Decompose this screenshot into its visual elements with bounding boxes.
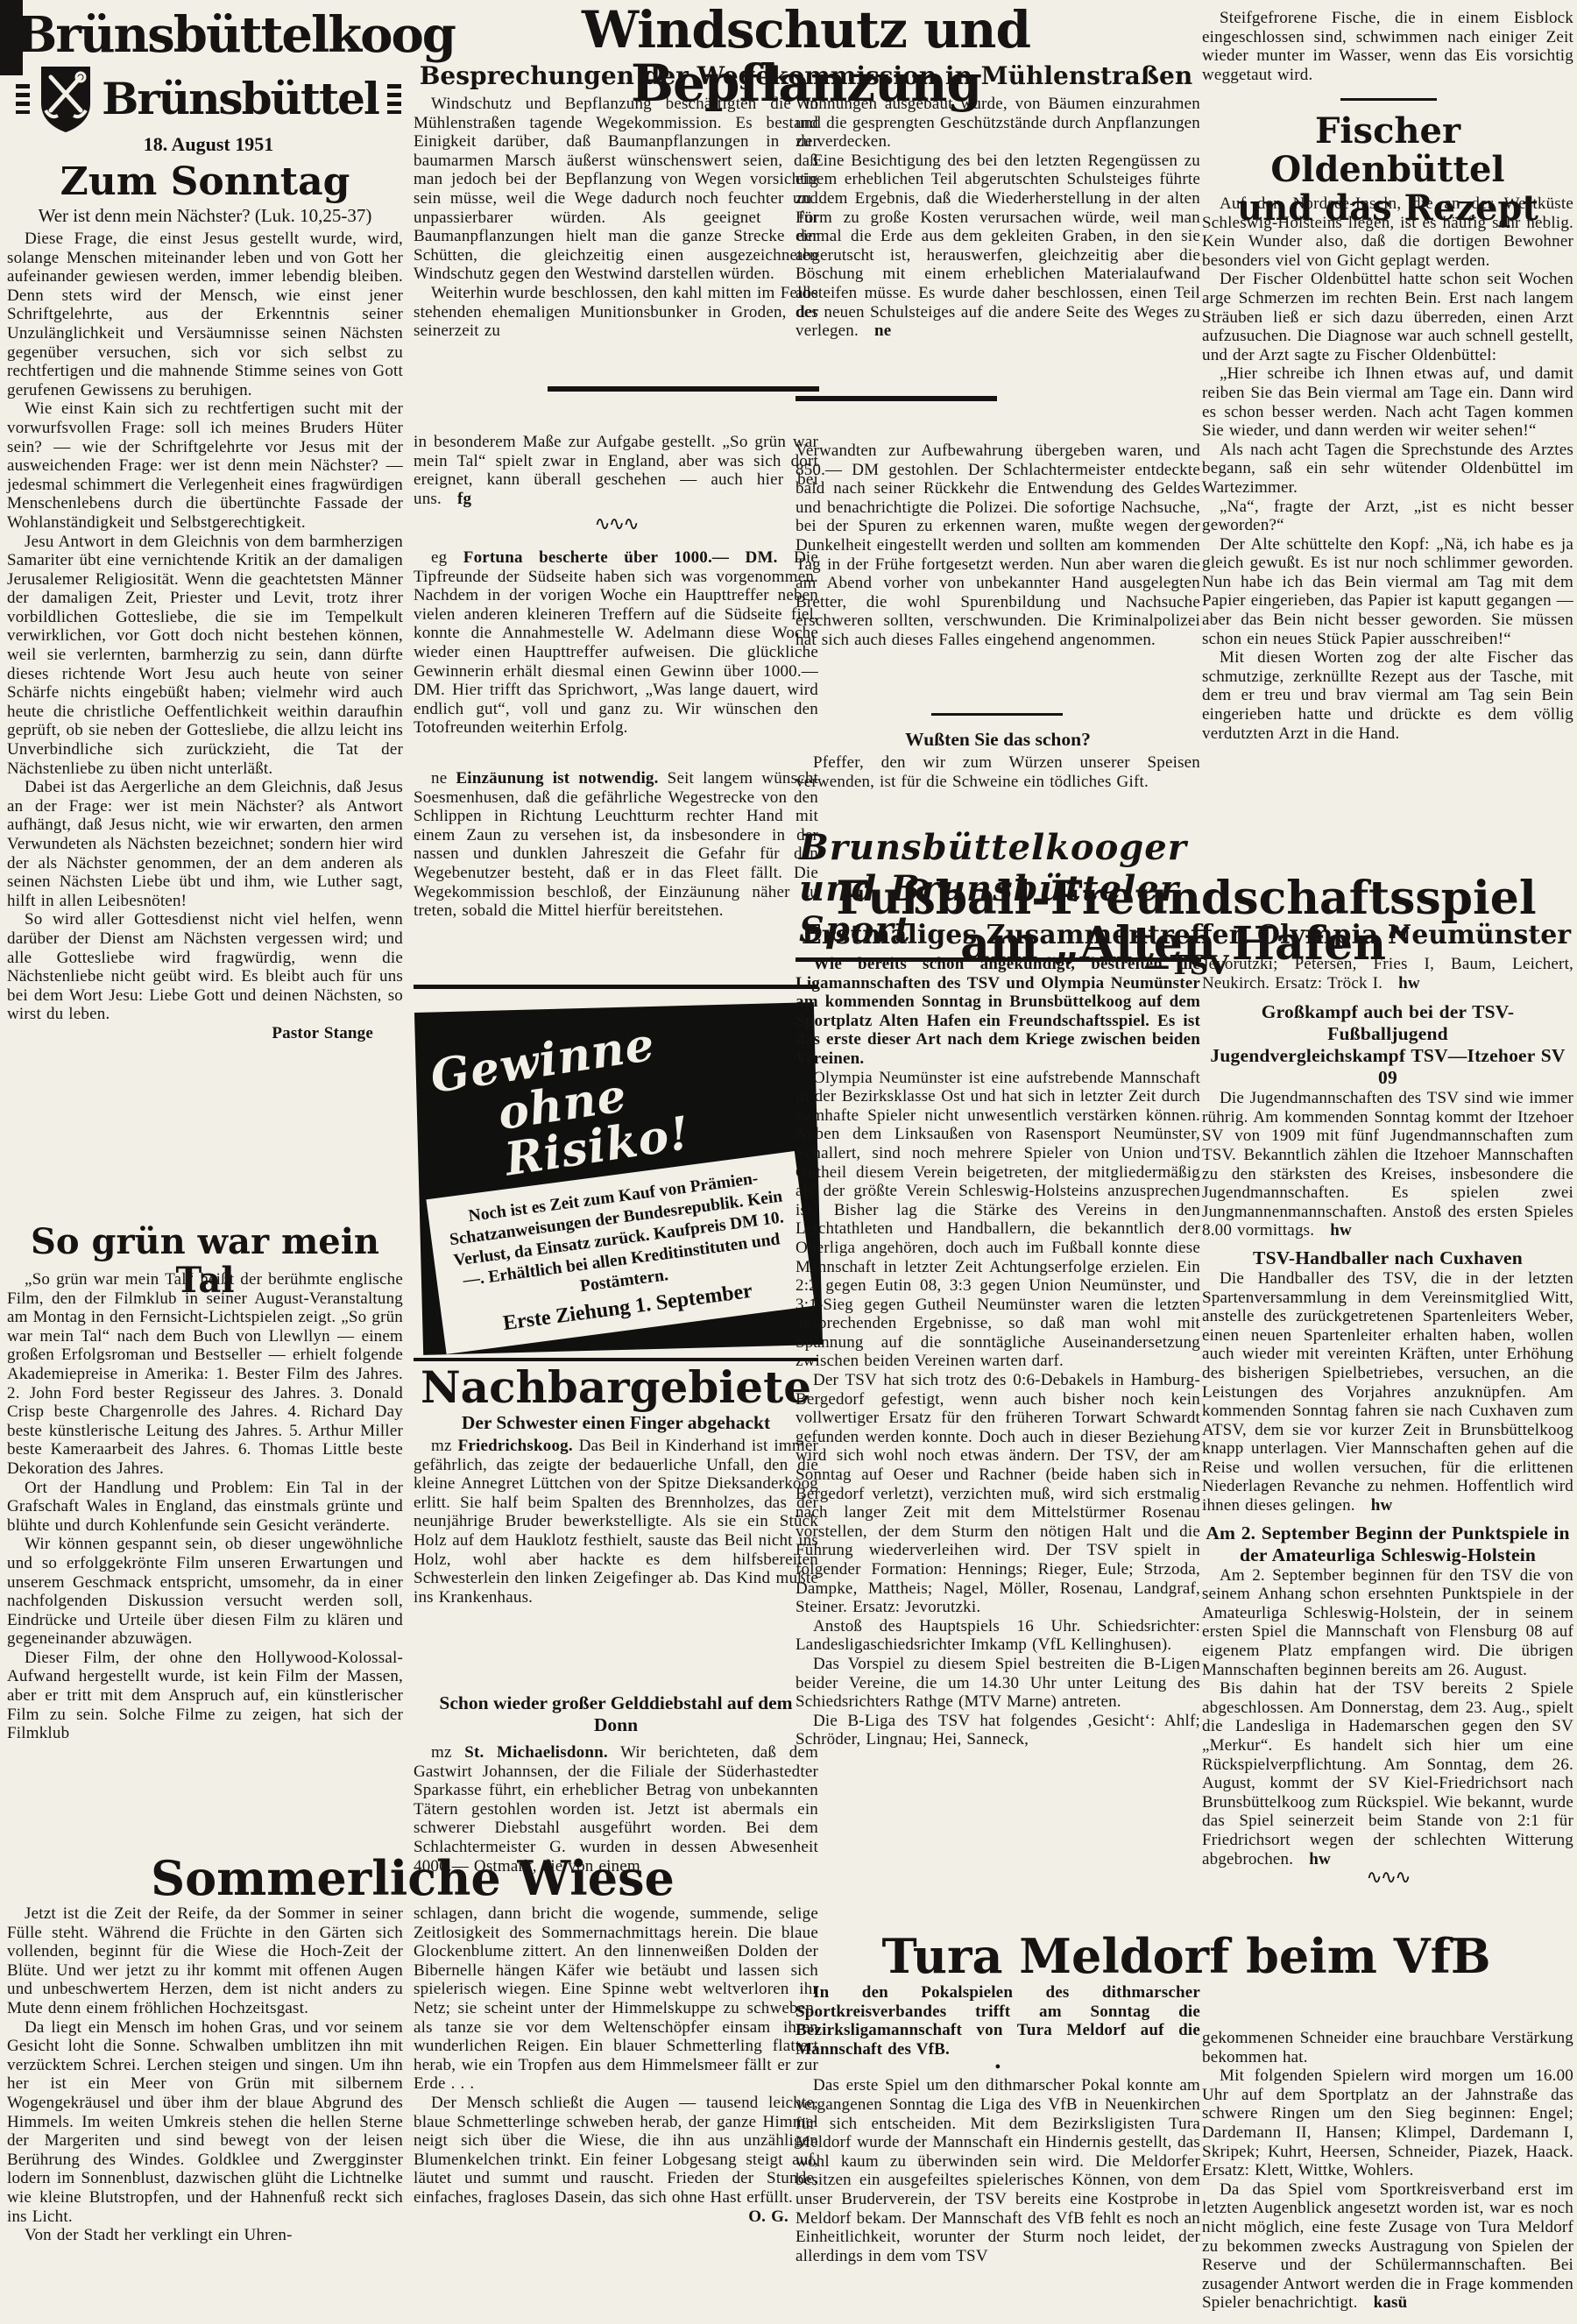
fussball-body-col-a: Wie bereits schon angekündigt, bestreite… <box>796 955 1200 1749</box>
wussten-headline: Wußten Sie das schon? <box>796 729 1200 751</box>
correspondent-prefix: mz <box>431 1437 452 1455</box>
bullet-divider: • <box>796 2059 1200 2076</box>
paragraph-text: Eine Besichtigung des bei den letzten Re… <box>796 152 1200 340</box>
correspondent-initials: hw <box>1309 1850 1331 1868</box>
paragraph: in besonderem Maße zur Aufgabe gestellt.… <box>414 433 818 508</box>
film-article-continuation: in besonderem Maße zur Aufgabe gestellt.… <box>414 433 818 508</box>
jugend-subhead: Großkampf auch bei der TSV-Fußballjugend… <box>1202 1001 1573 1089</box>
windschutz-body-col-a: Windschutz und Bepflanzung beschäftigten… <box>414 95 818 341</box>
correspondent-prefix: ne <box>431 769 447 788</box>
paragraph: Mit folgenden Spielern wird morgen um 16… <box>1202 2066 1573 2180</box>
premium-bonds-advertisement: Gewinne ohne Risiko! Noch ist es Zeit zu… <box>414 1002 823 1355</box>
paragraph: eg Fortuna bescherte über 1000.— DM. Die… <box>414 548 818 738</box>
paragraph-text: Das Beil in Kinderhand ist immer gefährl… <box>414 1437 818 1607</box>
paragraph: Dieser Film, der ohne den Hollywood-Kolo… <box>7 1649 403 1743</box>
section-rule <box>414 985 818 989</box>
paragraph: Wir können gespannt sein, ob dieser unge… <box>7 1535 403 1649</box>
paragraph: gekommenen Schneider eine brauchbare Ver… <box>1202 2029 1573 2066</box>
einzaeunung-note: ne Einzäunung ist notwendig. Seit langem… <box>414 769 818 921</box>
correspondent-initials: ne <box>874 321 891 340</box>
paragraph: Von der Stadt her verklingt ein Uhren- <box>7 2226 403 2245</box>
tura-body-col-b: gekommenen Schneider eine brauchbare Ver… <box>1202 2029 1573 2313</box>
paragraph: Wohnungen ausgebaut wurde, von Bäumen ei… <box>796 95 1200 152</box>
paragraph: Verwandten zur Aufbewahrung übergeben wa… <box>796 441 1200 650</box>
paragraph: Eine Besichtigung des bei den letzten Re… <box>796 152 1200 341</box>
paragraph: Da liegt ein Mensch im hohen Gras, und v… <box>7 2018 403 2227</box>
paragraph: Das Vorspiel zu diesem Spiel bestreiten … <box>796 1655 1200 1712</box>
paragraph: Weiterhin wurde beschlossen, den kahl mi… <box>414 284 818 341</box>
paragraph: Pfeffer, den wir zum Würzen unserer Spei… <box>796 753 1200 791</box>
lead-paragraph: In den Pokalspielen des dithmarscher Spo… <box>796 1983 1200 2059</box>
paragraph: Ort der Handlung und Problem: Ein Tal in… <box>7 1479 403 1536</box>
correspondent-initials: kasü <box>1374 2293 1408 2312</box>
paragraph: Jevorutzki; Petersen, Fries I, Baum, Lei… <box>1202 955 1573 992</box>
paragraph-text: Jevorutzki; Petersen, Fries I, Baum, Lei… <box>1202 955 1573 992</box>
paragraph-text: Bis dahin hat der TSV bereits 2 Spiele a… <box>1202 1679 1573 1868</box>
correspondent-prefix: eg <box>431 548 447 567</box>
paragraph-text: Die Jugendmannschaften des TSV sind wie … <box>1202 1089 1573 1240</box>
paragraph-text: in besonderem Maße zur Aufgabe gestellt.… <box>414 433 818 508</box>
paragraph: Der Alte schüttelte den Kopf: „Nä, ich h… <box>1202 535 1573 649</box>
paragraph: Der TSV hat sich trotz des 0:6-Debakels … <box>796 1371 1200 1617</box>
correspondent-prefix: mz <box>431 1743 452 1762</box>
note-lead-bold: Einzäunung ist notwendig. <box>456 769 658 788</box>
paragraph-text: Wir berichteten, daß dem Gastwirt Johann… <box>414 1743 818 1875</box>
paragraph: Das erste Spiel um den dithmarscher Poka… <box>796 2076 1200 2265</box>
paragraph: Mit diesen Worten zog der alte Fischer d… <box>1202 648 1573 743</box>
dateline-bold: St. Michaelisdonn. <box>464 1743 608 1762</box>
paragraph: Als nach acht Tagen die Sprechstunde des… <box>1202 441 1573 498</box>
subhead-line1: Am 2. September Beginn der Punktspiele i… <box>1202 1522 1573 1544</box>
newspaper-page: Brünsbüttelkoog Brünsbüttel 18. August 1… <box>0 0 1577 2324</box>
tura-headline: Tura Meldorf beim VfB <box>796 1932 1577 1980</box>
author-byline: Pastor Stange <box>7 1024 403 1043</box>
paragraph: Diese Frage, die einst Jesus gestellt wu… <box>7 230 403 399</box>
paragraph: Steifgefrorene Fische, die in einem Eisb… <box>1202 9 1573 84</box>
rezept-body: Auf den Nordsee-Inseln, die an der Westk… <box>1202 194 1573 743</box>
paragraph: mz St. Michaelisdonn. Wir berichteten, d… <box>414 1743 818 1875</box>
sommer-body-col-a: Jetzt ist die Zeit der Reife, da der Som… <box>7 1904 403 2245</box>
theft-story-subhead: Schon wieder großer Gelddiebstahl auf de… <box>414 1692 818 1736</box>
paragraph: „So grün war mein Tal“ heißt der berühmt… <box>7 1270 403 1479</box>
correspondent-initials: fg <box>457 490 471 508</box>
correspondent-initials: hw <box>1371 1496 1393 1515</box>
note-lead-bold: Fortuna bescherte über 1000.— DM. <box>463 548 778 567</box>
subhead-line1: Großkampf auch bei der TSV-Fußballjugend <box>1202 1001 1573 1045</box>
short-rule <box>1340 98 1437 101</box>
fische-note: Steifgefrorene Fische, die in einem Eisb… <box>1202 9 1573 84</box>
handball-subhead: TSV-Handballer nach Cuxhaven <box>1202 1247 1573 1269</box>
paragraph: Die Jugendmannschaften des TSV sind wie … <box>1202 1089 1573 1240</box>
paragraph: „Na“, fragte der Arzt, „ist es nicht bes… <box>1202 498 1573 535</box>
paragraph: Windschutz und Bepflanzung beschäftigten… <box>414 95 818 284</box>
finger-story-body: mz Friedrichskoog. Das Beil in Kinderhan… <box>414 1437 818 1607</box>
tura-body-col-a: In den Pokalspielen des dithmarscher Spo… <box>796 1983 1200 2265</box>
subhead-line2: der Amateurliga Schleswig-Holstein <box>1202 1544 1573 1566</box>
windschutz-body-col-b: Wohnungen ausgebaut wurde, von Bäumen ei… <box>796 95 1200 341</box>
paragraph-text: Da das Spiel vom Sportkreisverband erst … <box>1202 2180 1573 2313</box>
paragraph: Olympia Neumünster ist eine aufstrebende… <box>796 1069 1200 1372</box>
correspondent-initials: hw <box>1330 1221 1352 1240</box>
zum-sonntag-subtitle: Wer ist denn mein Nächster? (Luk. 10,25-… <box>7 205 403 227</box>
paragraph: ne Einzäunung ist notwendig. Seit langem… <box>414 769 818 921</box>
windschutz-subhead: Besprechungen der Wegekommission in Mühl… <box>412 61 1200 90</box>
zum-sonntag-body: Diese Frage, die einst Jesus gestellt wu… <box>7 230 403 1043</box>
paragraph: Der Fischer Oldenbüttel hatte schon seit… <box>1202 270 1573 364</box>
paragraph: Jetzt ist die Zeit der Reife, da der Som… <box>7 1904 403 2018</box>
masthead-flourish-left <box>16 84 30 114</box>
issue-date: 18. August 1951 <box>16 133 401 156</box>
paragraph-text: Seit langem wünscht Soesmenhusen, daß di… <box>414 769 818 920</box>
paragraph-text: Die Tipfreunde der Südseite haben sich w… <box>414 548 818 737</box>
paragraph: schlagen, dann bricht die wogende, summe… <box>414 1904 818 2094</box>
paragraph: Die Handballer des TSV, die in der letzt… <box>1202 1269 1573 1515</box>
lead-paragraph: Wie bereits schon angekündigt, bestreite… <box>796 955 1200 1069</box>
wussten-body: Pfeffer, den wir zum Würzen unserer Spei… <box>796 753 1200 791</box>
punktspiele-subhead: Am 2. September Beginn der Punktspiele i… <box>1202 1522 1573 1566</box>
paragraph: So wird aller Gottesdienst nicht viel he… <box>7 910 403 1024</box>
finger-story-subhead: Der Schwester einen Finger abgehackt <box>414 1412 818 1434</box>
correspondent-initials: hw <box>1398 974 1420 992</box>
dateline-bold: Friedrichskoog. <box>458 1437 573 1455</box>
theft-story-body-col-a: mz St. Michaelisdonn. Wir berichteten, d… <box>414 1743 818 1875</box>
headline-line1: Fischer Oldenbüttel <box>1202 112 1573 189</box>
masthead-title-line1: Brünsbüttelkoog <box>16 11 401 60</box>
paragraph: Der Mensch schließt die Augen — tausend … <box>414 2094 818 2207</box>
subhead-line2: Donn <box>414 1714 818 1736</box>
paragraph: Am 2. September beginnen für den TSV die… <box>1202 1566 1573 1680</box>
subhead-line2: Jugendvergleichskampf TSV—Itzehoer SV 09 <box>1202 1045 1573 1089</box>
nachbargebiete-headline: Nachbargebiete <box>414 1365 818 1411</box>
section-rule <box>548 386 819 392</box>
paragraph: Bis dahin hat der TSV bereits 2 Spiele a… <box>1202 1679 1573 1868</box>
paragraph: Da das Spiel vom Sportkreisverband erst … <box>1202 2180 1573 2313</box>
paragraph: „Hier schreibe ich Ihnen etwas auf, und … <box>1202 364 1573 440</box>
sommer-body-col-b: schlagen, dann bricht die wogende, summe… <box>414 1904 818 2226</box>
section-divider-squiggle: ∿∿∿ <box>414 513 818 535</box>
paragraph: Dabei ist das Aergerliche an dem Gleichn… <box>7 778 403 910</box>
sport-body-col-b: Jevorutzki; Petersen, Fries I, Baum, Lei… <box>1202 955 1573 1888</box>
crest-icon <box>39 65 93 133</box>
theft-story-body-col-b: Verwandten zur Aufbewahrung übergeben wa… <box>796 441 1200 650</box>
author-initials: O. G. <box>414 2207 818 2227</box>
paragraph: Jesu Antwort in dem Gleichnis von dem ba… <box>7 533 403 779</box>
short-rule <box>931 713 1063 716</box>
paragraph: Wie einst Kain sich zu rechtfertigen suc… <box>7 399 403 532</box>
paragraph: Auf den Nordsee-Inseln, die an der Westk… <box>1202 194 1573 270</box>
masthead-title-line2: Brünsbüttel <box>102 77 378 121</box>
paragraph-text: Die Handballer des TSV, die in der letzt… <box>1202 1269 1573 1515</box>
zum-sonntag-headline: Zum Sonntag <box>7 159 403 204</box>
paragraph: mz Friedrichskoog. Das Beil in Kinderhan… <box>414 1437 818 1607</box>
film-article-body-col1: „So grün war mein Tal“ heißt der berühmt… <box>7 1270 403 1743</box>
section-rule <box>796 396 997 401</box>
paragraph: Anstoß des Hauptspiels 16 Uhr. Schiedsri… <box>796 1617 1200 1655</box>
masthead-flourish-right <box>387 84 401 114</box>
paragraph: Die B-Liga des TSV hat folgendes ‚Gesich… <box>796 1712 1200 1749</box>
section-divider-squiggle: ∿∿∿ <box>1202 1868 1573 1888</box>
masthead-row: Brünsbüttel <box>16 65 401 133</box>
fortuna-note: eg Fortuna bescherte über 1000.— DM. Die… <box>414 548 818 738</box>
subhead-line1: Schon wieder großer Gelddiebstahl auf de… <box>414 1692 818 1714</box>
